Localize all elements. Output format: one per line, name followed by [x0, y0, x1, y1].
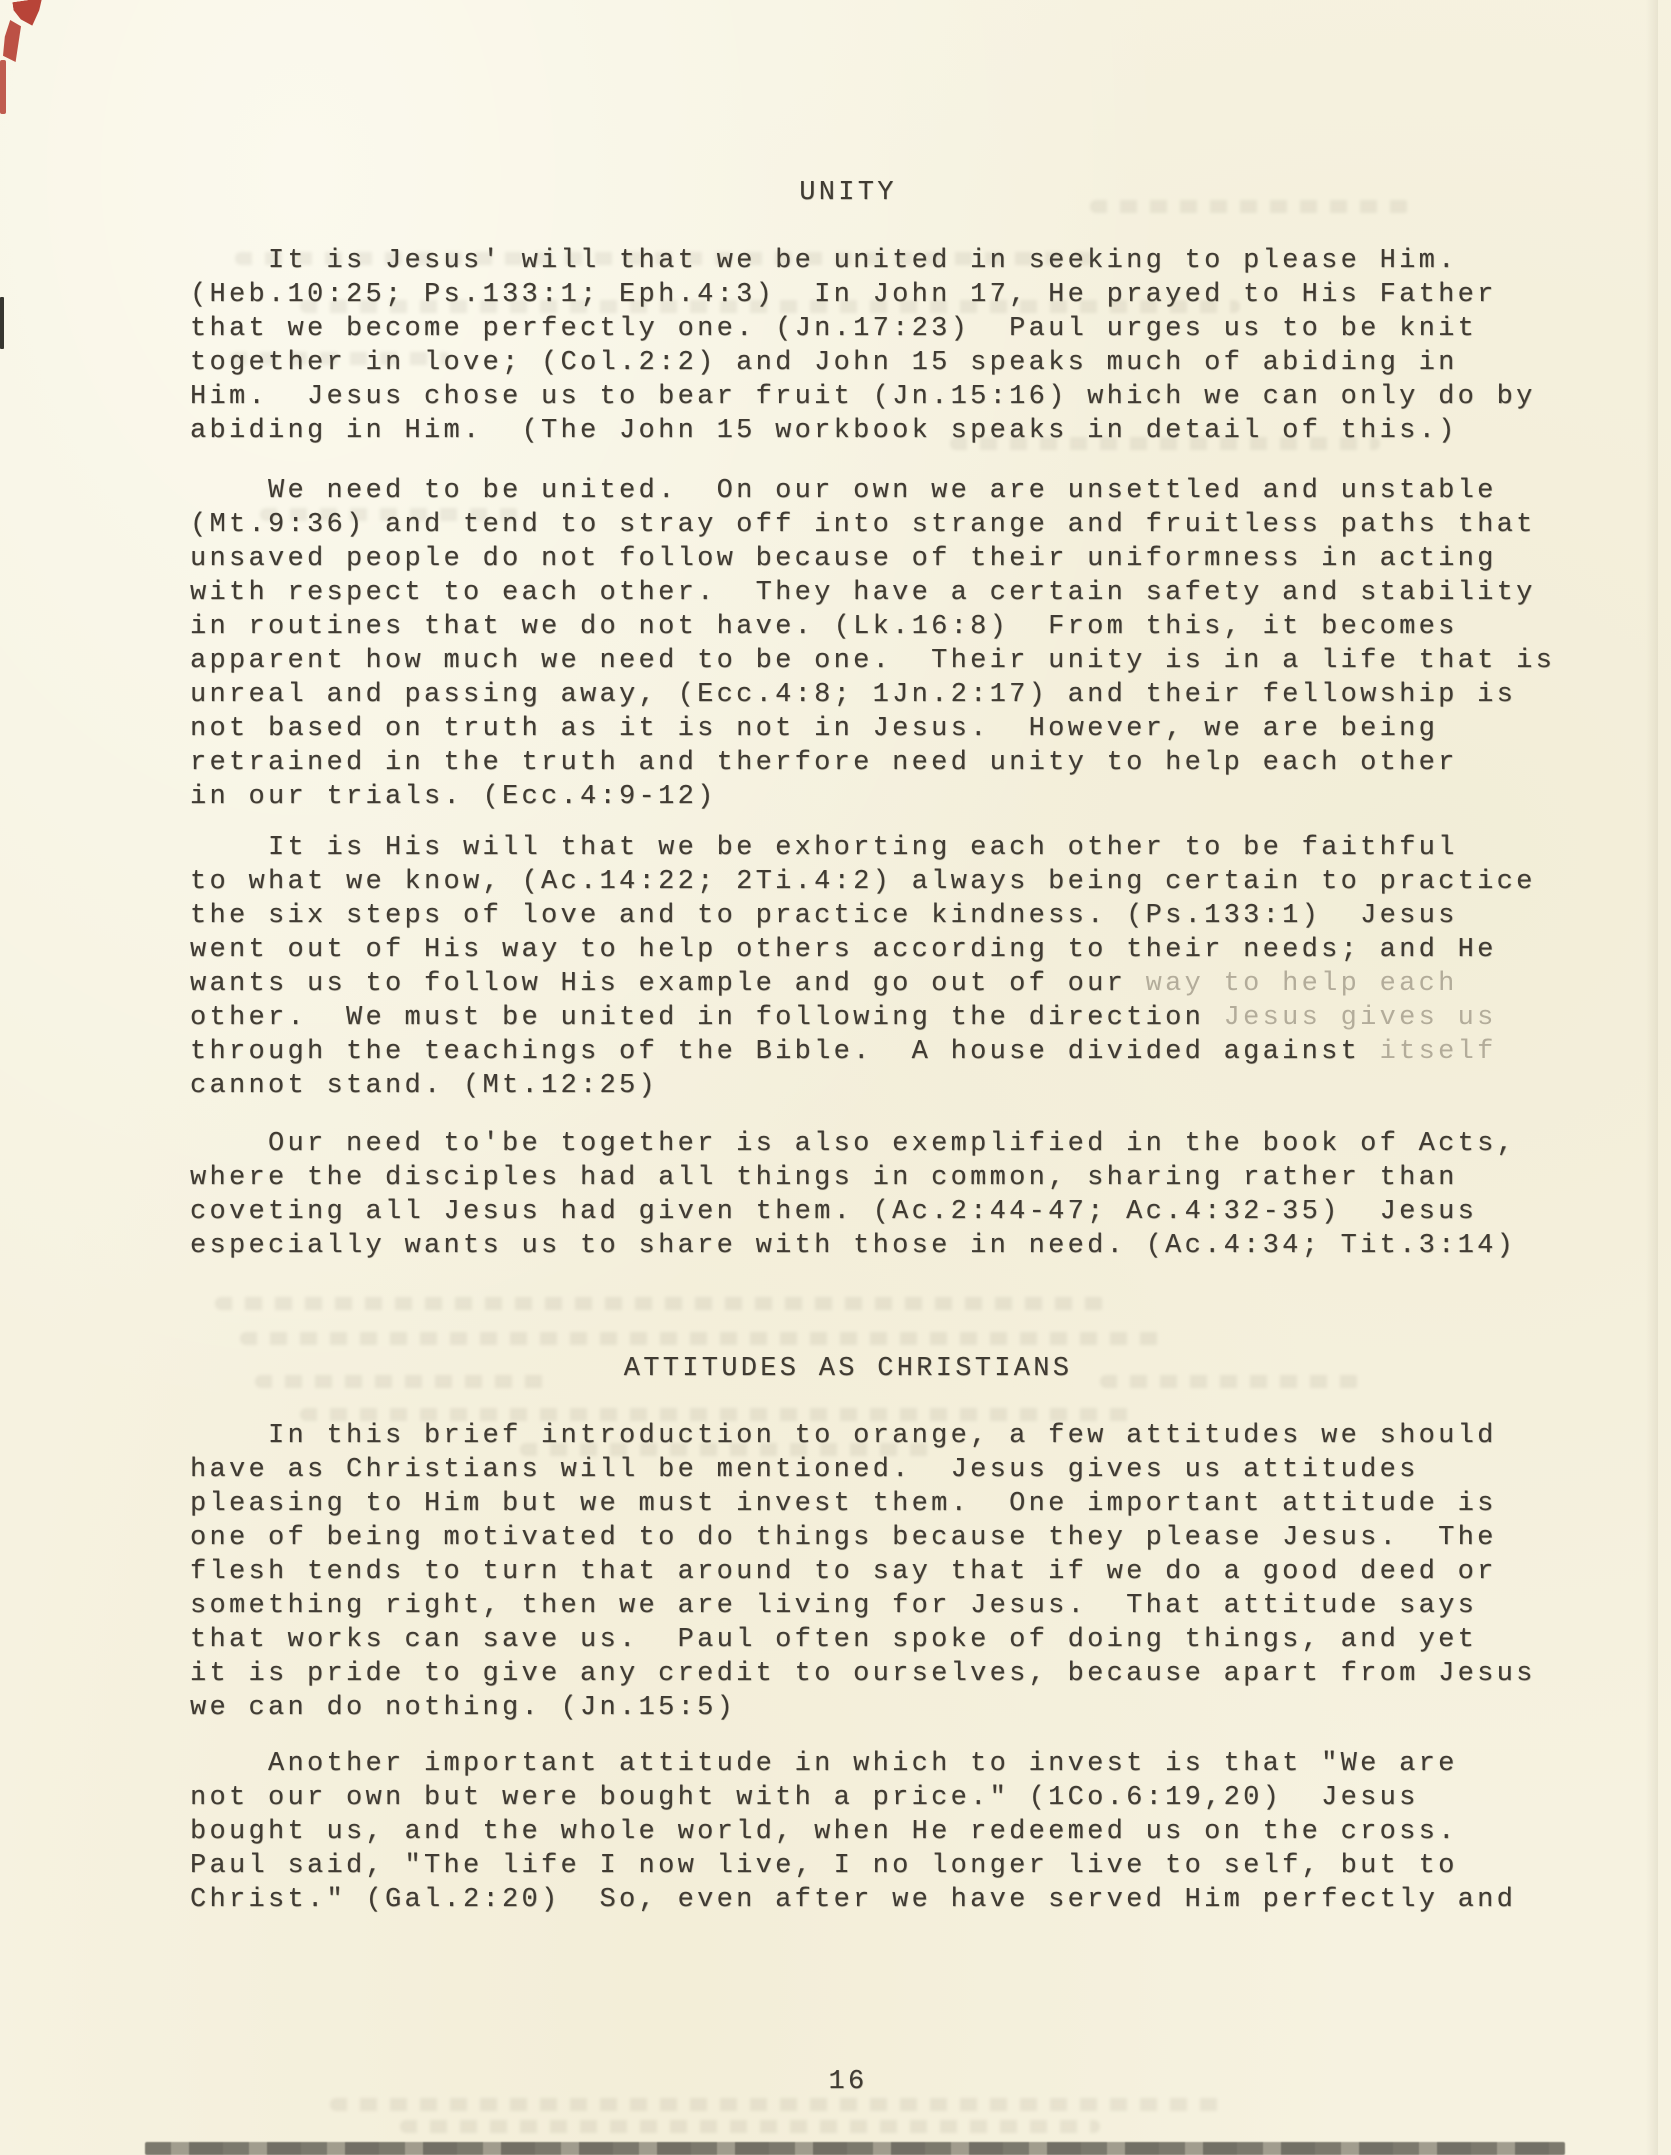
text-line: apparent how much we need to be one. The…	[190, 644, 1506, 678]
text-line: It is His will that we be exhorting each…	[190, 831, 1506, 865]
text-segment: where the disciples had all things in co…	[190, 1163, 1458, 1193]
text-segment: together in love; (Col.2:2) and John 15 …	[190, 348, 1458, 378]
text-line: it is pride to give any credit to oursel…	[190, 1657, 1506, 1691]
text-line: that works can save us. Paul often spoke…	[190, 1623, 1506, 1657]
text-line: bought us, and the whole world, when He …	[190, 1815, 1506, 1849]
text-segment: other. We must be united in following th…	[190, 1003, 1224, 1033]
text-line: not our own but were bought with a price…	[190, 1781, 1506, 1815]
text-line: unreal and passing away, (Ecc.4:8; 1Jn.2…	[190, 678, 1506, 712]
text-segment: through the teachings of the Bible. A ho…	[190, 1037, 1380, 1067]
text-segment: apparent how much we need to be one. The…	[190, 646, 1555, 676]
text-line: unsaved people do not follow because of …	[190, 542, 1506, 576]
text-segment: coveting all Jesus had given them. (Ac.2…	[190, 1197, 1477, 1227]
text-line: We need to be united. On our own we are …	[190, 474, 1506, 508]
red-ink-mark	[3, 20, 21, 62]
text-line: that we become perfectly one. (Jn.17:23)…	[190, 312, 1506, 346]
text-segment: to what we know, (Ac.14:22; 2Ti.4:2) alw…	[190, 867, 1536, 897]
text-segment: something right, then we are living for …	[190, 1591, 1477, 1621]
text-line: went out of His way to help others accor…	[190, 933, 1506, 967]
text-segment: We need to be united. On our own we are …	[190, 476, 1497, 506]
text-segment: retrained in the truth and therfore need…	[190, 748, 1458, 778]
text-line: the six steps of love and to practice ki…	[190, 899, 1506, 933]
red-ink-mark	[0, 60, 6, 114]
text-segment: not based on truth as it is not in Jesus…	[190, 714, 1438, 744]
text-line: together in love; (Col.2:2) and John 15 …	[190, 346, 1506, 380]
text-segment: (Heb.10:25; Ps.133:1; Eph.4:3) In John 1…	[190, 280, 1497, 310]
text-line: (Heb.10:25; Ps.133:1; Eph.4:3) In John 1…	[190, 278, 1506, 312]
text-segment: Our need to'be together is also exemplif…	[190, 1129, 1516, 1159]
text-line: flesh tends to turn that around to say t…	[190, 1555, 1506, 1589]
text-segment: Paul said, "The life I now live, I no lo…	[190, 1851, 1458, 1881]
text-line: coveting all Jesus had given them. (Ac.2…	[190, 1195, 1506, 1229]
text-line: especially wants us to share with those …	[190, 1229, 1506, 1263]
text-segment: Christ." (Gal.2:20) So, even after we ha…	[190, 1885, 1516, 1915]
text-line: with respect to each other. They have a …	[190, 576, 1506, 610]
text-segment: have as Christians will be mentioned. Je…	[190, 1455, 1419, 1485]
text-segment: wants us to follow His example and go ou…	[190, 969, 1146, 999]
text-line: Him. Jesus chose us to bear fruit (Jn.15…	[190, 380, 1506, 414]
text-segment: the six steps of love and to practice ki…	[190, 901, 1458, 931]
text-segment: we can do nothing. (Jn.15:5)	[190, 1693, 736, 1723]
text-segment: bought us, and the whole world, when He …	[190, 1817, 1458, 1847]
text-line: wants us to follow His example and go ou…	[190, 967, 1506, 1001]
paragraph: It is His will that we be exhorting each…	[190, 831, 1506, 1103]
text-segment: not our own but were bought with a price…	[190, 1783, 1419, 1813]
text-segment: It is Jesus' will that we be united in s…	[190, 246, 1458, 276]
text-line: Another important attitude in which to i…	[190, 1747, 1506, 1781]
section-heading-unity: UNITY	[190, 176, 1506, 210]
text-segment: Him. Jesus chose us to bear fruit (Jn.15…	[190, 382, 1536, 412]
text-segment: with respect to each other. They have a …	[190, 578, 1536, 608]
text-segment: one of being motivated to do things beca…	[190, 1523, 1497, 1553]
text-line: through the teachings of the Bible. A ho…	[190, 1035, 1506, 1069]
text-line: we can do nothing. (Jn.15:5)	[190, 1691, 1506, 1725]
text-line: other. We must be united in following th…	[190, 1001, 1506, 1035]
text-segment: (Mt.9:36) and tend to stray off into str…	[190, 510, 1536, 540]
text-segment: it is pride to give any credit to oursel…	[190, 1659, 1536, 1689]
text-segment: especially wants us to share with those …	[190, 1231, 1516, 1261]
text-segment: flesh tends to turn that around to say t…	[190, 1557, 1497, 1587]
page-crease	[1646, 0, 1658, 2155]
text-segment: Another important attitude in which to i…	[190, 1749, 1458, 1779]
text-segment: cannot stand. (Mt.12:25)	[190, 1071, 658, 1101]
text-segment: that we become perfectly one. (Jn.17:23)…	[190, 314, 1477, 344]
text-line: to what we know, (Ac.14:22; 2Ti.4:2) alw…	[190, 865, 1506, 899]
text-line: (Mt.9:36) and tend to stray off into str…	[190, 508, 1506, 542]
text-segment: pleasing to Him but we must invest them.…	[190, 1489, 1497, 1519]
paragraph: We need to be united. On our own we are …	[190, 474, 1506, 814]
text-segment: in our trials. (Ecc.4:9-12)	[190, 782, 717, 812]
text-line: Our need to'be together is also exemplif…	[190, 1127, 1506, 1161]
text-line: not based on truth as it is not in Jesus…	[190, 712, 1506, 746]
bleed-through-artifact	[400, 2120, 1100, 2133]
text-segment: unreal and passing away, (Ecc.4:8; 1Jn.2…	[190, 680, 1516, 710]
text-line: Paul said, "The life I now live, I no lo…	[190, 1849, 1506, 1883]
paragraph: In this brief introduction to orange, a …	[190, 1419, 1506, 1725]
text-segment: It is His will that we be exhorting each…	[190, 833, 1458, 863]
text-line: In this brief introduction to orange, a …	[190, 1419, 1506, 1453]
text-segment: went out of His way to help others accor…	[190, 935, 1497, 965]
text-line: abiding in Him. (The John 15 workbook sp…	[190, 414, 1506, 448]
text-segment: itself	[1380, 1037, 1497, 1067]
bleed-through-artifact	[240, 1332, 1170, 1345]
text-segment: way to help each	[1146, 969, 1458, 999]
text-line: Christ." (Gal.2:20) So, even after we ha…	[190, 1883, 1506, 1917]
paragraph: It is Jesus' will that we be united in s…	[190, 244, 1506, 448]
text-line: one of being motivated to do things beca…	[190, 1521, 1506, 1555]
scanned-document-page: UNITY It is Jesus' will that we be unite…	[0, 0, 1671, 2155]
text-segment: Jesus gives us	[1224, 1003, 1497, 1033]
text-segment: abiding in Him. (The John 15 workbook sp…	[190, 416, 1458, 446]
bleed-through-artifact	[215, 1297, 1105, 1310]
text-line: in our trials. (Ecc.4:9-12)	[190, 780, 1506, 814]
text-line: something right, then we are living for …	[190, 1589, 1506, 1623]
text-line: in routines that we do not have. (Lk.16:…	[190, 610, 1506, 644]
page-number: 16	[190, 2065, 1506, 2099]
text-line: pleasing to Him but we must invest them.…	[190, 1487, 1506, 1521]
text-line: cannot stand. (Mt.12:25)	[190, 1069, 1506, 1103]
text-segment: unsaved people do not follow because of …	[190, 544, 1497, 574]
scan-edge-artifact	[145, 2142, 1565, 2155]
text-segment: In this brief introduction to orange, a …	[190, 1421, 1497, 1451]
text-line: have as Christians will be mentioned. Je…	[190, 1453, 1506, 1487]
text-line: where the disciples had all things in co…	[190, 1161, 1506, 1195]
paragraph: Another important attitude in which to i…	[190, 1747, 1506, 1917]
paragraph: Our need to'be together is also exemplif…	[190, 1127, 1506, 1263]
text-segment: that works can save us. Paul often spoke…	[190, 1625, 1477, 1655]
section-heading-attitudes: ATTITUDES AS CHRISTIANS	[190, 1352, 1506, 1386]
scan-edge-mark	[0, 297, 4, 349]
text-line: It is Jesus' will that we be united in s…	[190, 244, 1506, 278]
text-segment: in routines that we do not have. (Lk.16:…	[190, 612, 1458, 642]
text-line: retrained in the truth and therfore need…	[190, 746, 1506, 780]
bleed-through-artifact	[330, 2098, 1230, 2111]
red-ink-mark	[12, 0, 45, 28]
